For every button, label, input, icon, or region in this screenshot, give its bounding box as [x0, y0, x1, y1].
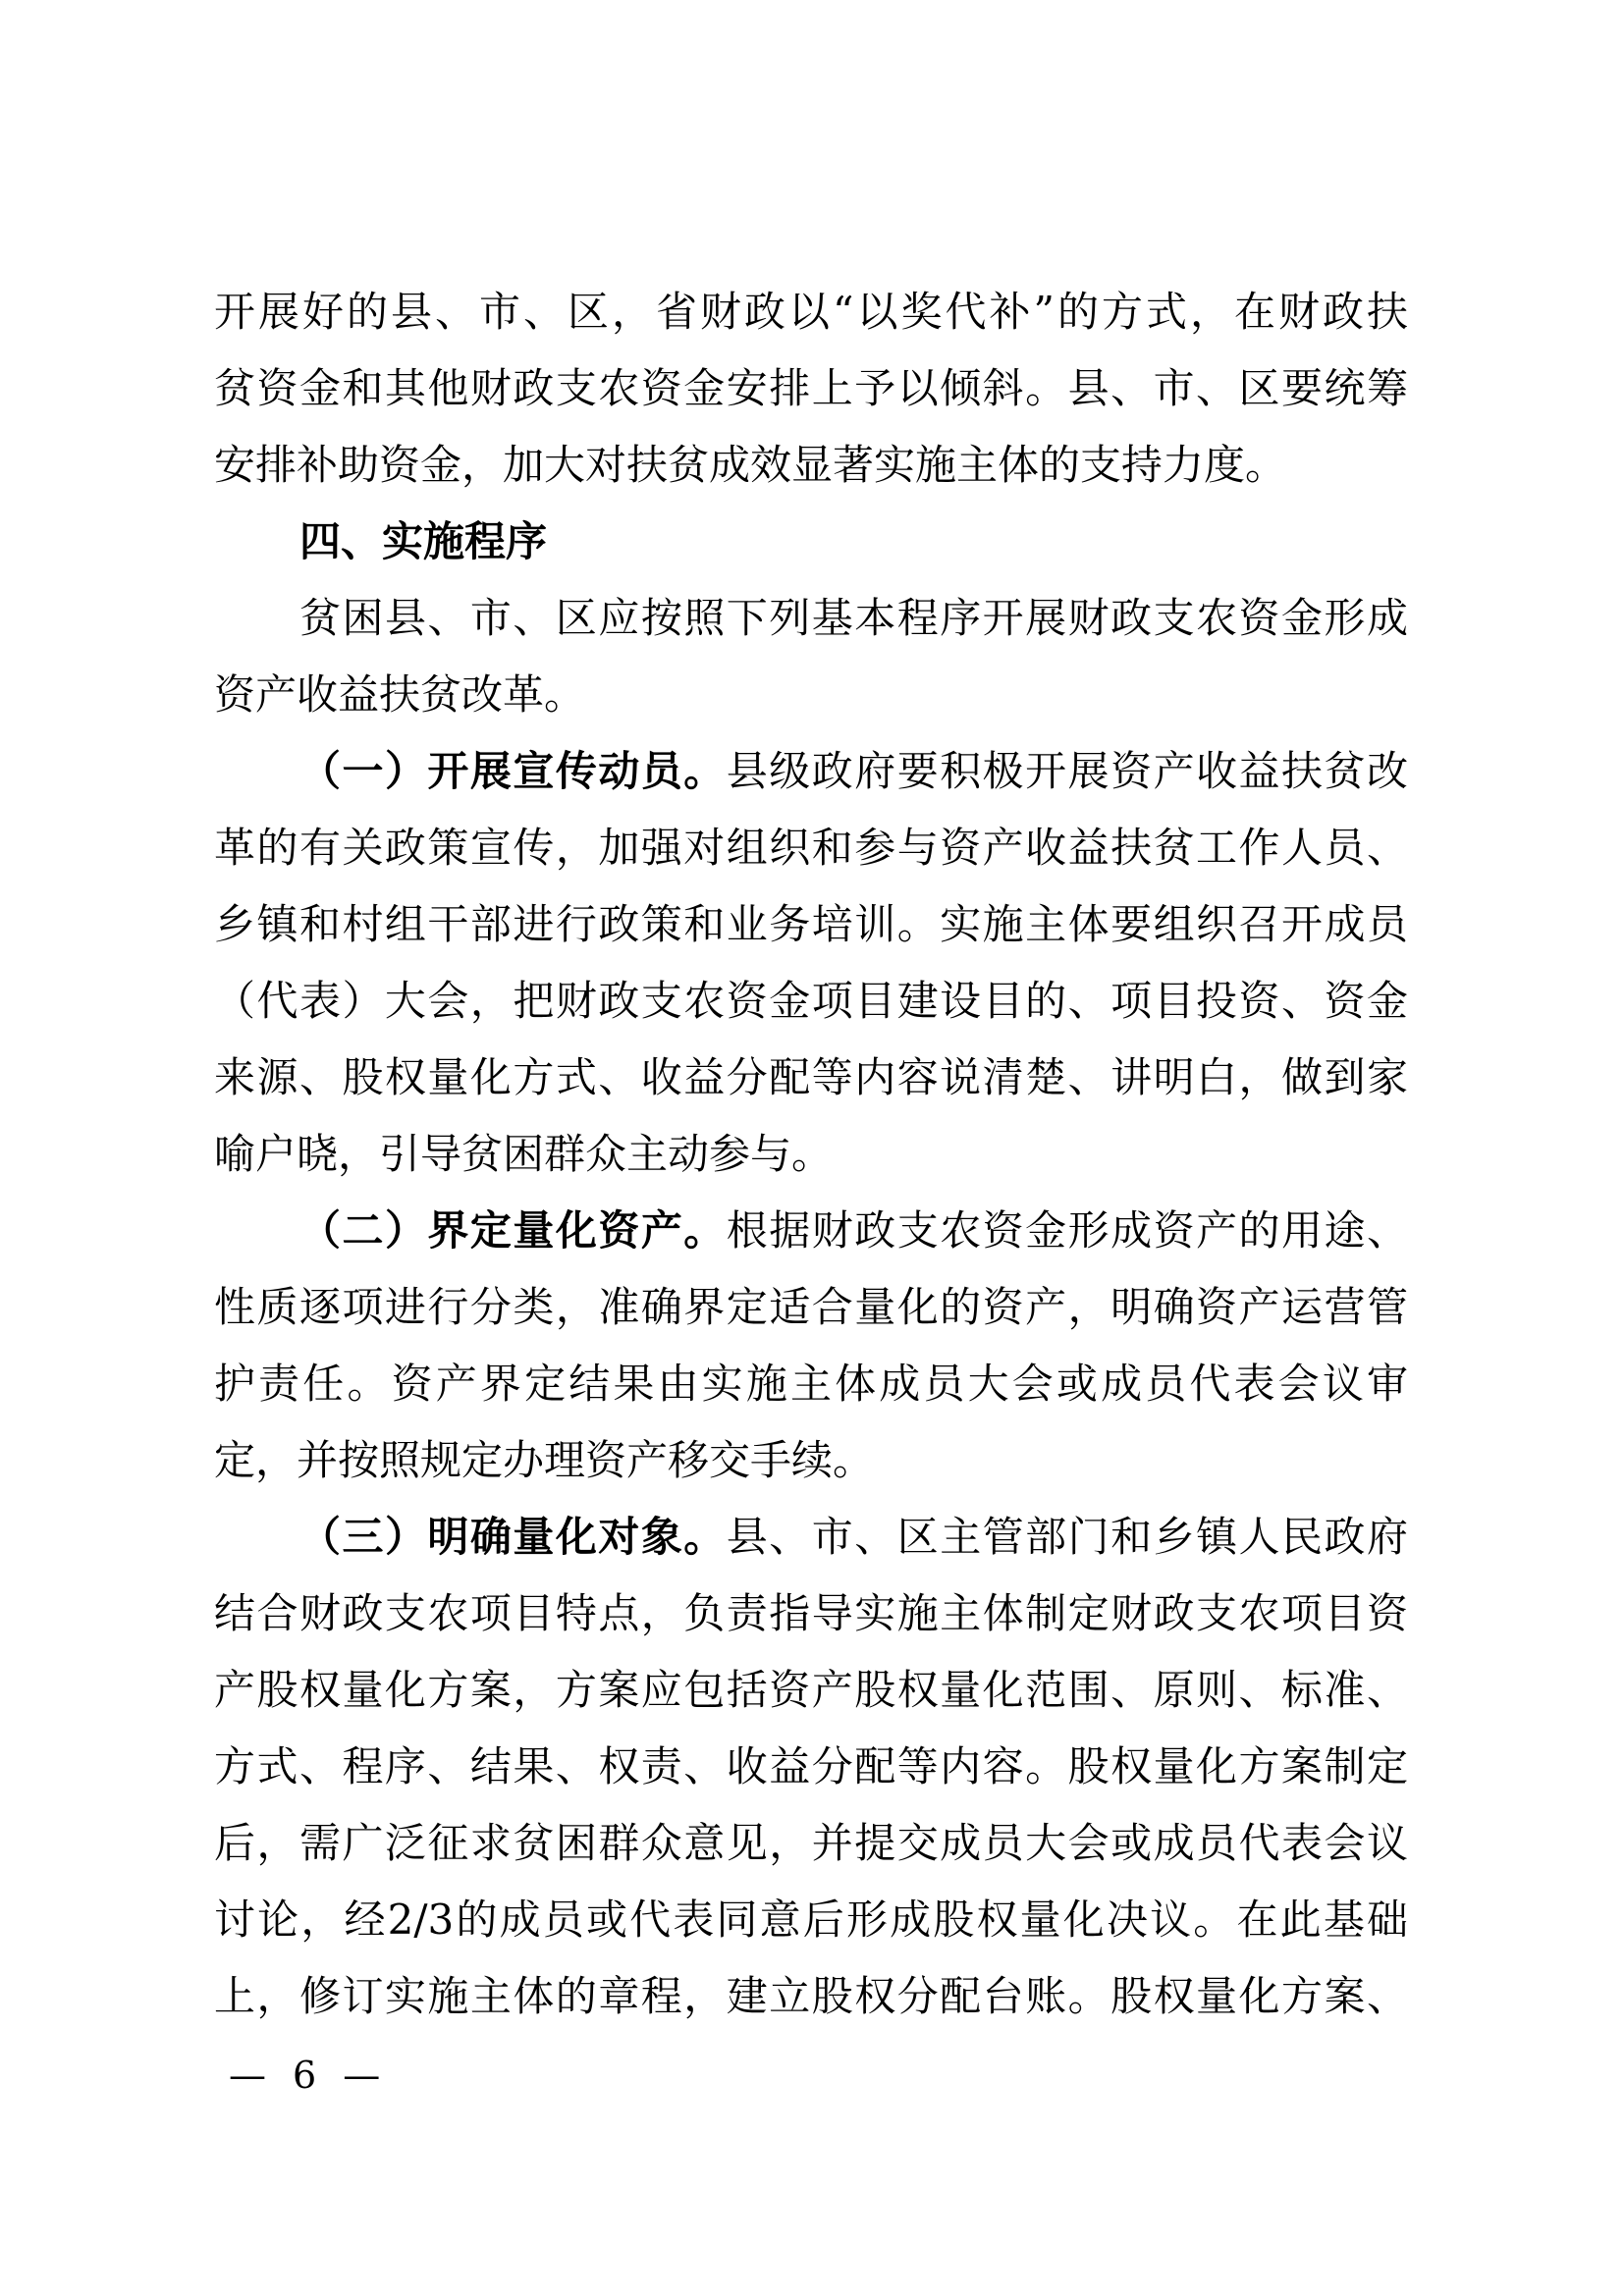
- item-1-first-line: （一）开展宣传动员。县级政府要积极开展资产收益扶贫改: [214, 733, 1408, 810]
- footer-left-dash: —: [229, 2048, 266, 2103]
- section-heading: 四、实施程序: [214, 504, 1408, 580]
- item-2-first-line: （二）界定量化资产。根据财政支农资金形成资产的用途、: [214, 1193, 1408, 1269]
- line-text: 结合财政支农项目特点，负责指导实施主体制定财政支农项目资: [214, 1589, 1408, 1637]
- body-line-8: 革的有关政策宣传，加强对组织和参与资产收益扶贫工作人员、: [214, 810, 1408, 886]
- line-text: 根据财政支农资金形成资产的用途、: [727, 1206, 1408, 1255]
- section-heading-text: 四、实施程序: [299, 517, 547, 565]
- body-line-18: 结合财政支农项目特点，负责指导实施主体制定财政支农项目资: [214, 1575, 1408, 1652]
- page-number: 6: [293, 2048, 316, 2103]
- line-text: 贫资金和其他财政支农资金安排上予以倾斜。县、市、区要统筹: [214, 364, 1408, 412]
- line-text: 上，修订实施主体的章程，建立股权分配台账。股权量化方案、: [214, 1972, 1408, 2020]
- body-line-20: 方式、程序、结果、权责、收益分配等内容。股权量化方案制定: [214, 1729, 1408, 1805]
- body-line-19: 产股权量化方案，方案应包括资产股权量化范围、原则、标准、: [214, 1652, 1408, 1729]
- line-text: 产股权量化方案，方案应包括资产股权量化范围、原则、标准、: [214, 1666, 1408, 1714]
- body-line-6: 资产收益扶贫改革。: [214, 657, 1408, 733]
- line-text: 贫困县、市、区应按照下列基本程序开展财政支农资金形成: [299, 594, 1408, 642]
- page-footer: —6—: [229, 2048, 380, 2103]
- body-line-10: （代表）大会，把财政支农资金项目建设目的、项目投资、资金: [214, 963, 1408, 1040]
- item-1-lead: （一）开展宣传动员。: [299, 747, 727, 795]
- body-line-11: 来源、股权量化方式、收益分配等内容说清楚、讲明白，做到家: [214, 1040, 1408, 1116]
- item-2-lead: （二）界定量化资产。: [299, 1206, 727, 1255]
- line-text: 讨论，经2/3的成员或代表同意后形成股权量化决议。在此基础: [214, 1896, 1408, 1944]
- item-3-lead: （三）明确量化对象。: [299, 1513, 727, 1561]
- line-text: 县、市、区主管部门和乡镇人民政府: [727, 1513, 1408, 1561]
- line-text: （代表）大会，把财政支农资金项目建设目的、项目投资、资金: [214, 977, 1408, 1025]
- line-text: 喻户晓，引导贫困群众主动参与。: [214, 1130, 833, 1178]
- line-text: 定，并按照规定办理资产移交手续。: [214, 1436, 874, 1484]
- body-line-3: 安排补助资金，加大对扶贫成效显著实施主体的支持力度。: [214, 427, 1408, 504]
- body-line-1: 开展好的县、市、区，省财政以“以奖代补”的方式，在财政扶: [214, 274, 1408, 350]
- body-line-22: 讨论，经2/3的成员或代表同意后形成股权量化决议。在此基础: [214, 1882, 1408, 1958]
- line-text: 护责任。资产界定结果由实施主体成员大会或成员代表会议审: [214, 1360, 1408, 1408]
- line-text: 乡镇和村组干部进行政策和业务培训。实施主体要组织召开成员: [214, 900, 1408, 948]
- body-line-9: 乡镇和村组干部进行政策和业务培训。实施主体要组织召开成员: [214, 886, 1408, 963]
- line-text: 县级政府要积极开展资产收益扶贫改: [727, 747, 1408, 795]
- body-line-12: 喻户晓，引导贫困群众主动参与。: [214, 1116, 1408, 1193]
- body-line-14: 性质逐项进行分类，准确界定适合量化的资产，明确资产运营管: [214, 1269, 1408, 1346]
- body-line-2: 贫资金和其他财政支农资金安排上予以倾斜。县、市、区要统筹: [214, 350, 1408, 427]
- document-page: 开展好的县、市、区，省财政以“以奖代补”的方式，在财政扶 贫资金和其他财政支农资…: [0, 0, 1624, 2296]
- item-3-first-line: （三）明确量化对象。县、市、区主管部门和乡镇人民政府: [214, 1499, 1408, 1575]
- line-text: 后，需广泛征求贫困群众意见，并提交成员大会或成员代表会议: [214, 1819, 1408, 1867]
- body-line-23: 上，修订实施主体的章程，建立股权分配台账。股权量化方案、: [214, 1958, 1408, 2035]
- line-text: 来源、股权量化方式、收益分配等内容说清楚、讲明白，做到家: [214, 1053, 1408, 1101]
- body-line-16: 定，并按照规定办理资产移交手续。: [214, 1422, 1408, 1499]
- document-body: 开展好的县、市、区，省财政以“以奖代补”的方式，在财政扶 贫资金和其他财政支农资…: [214, 274, 1408, 2035]
- line-text: 开展好的县、市、区，省财政以“以奖代补”的方式，在财政扶: [214, 288, 1408, 336]
- line-text: 革的有关政策宣传，加强对组织和参与资产收益扶贫工作人员、: [214, 824, 1408, 872]
- line-text: 性质逐项进行分类，准确界定适合量化的资产，明确资产运营管: [214, 1283, 1408, 1331]
- footer-right-dash: —: [343, 2048, 380, 2103]
- line-text: 资产收益扶贫改革。: [214, 670, 585, 719]
- line-text: 安排补助资金，加大对扶贫成效显著实施主体的支持力度。: [214, 441, 1286, 489]
- line-text: 方式、程序、结果、权责、收益分配等内容。股权量化方案制定: [214, 1742, 1408, 1790]
- body-line-5: 贫困县、市、区应按照下列基本程序开展财政支农资金形成: [214, 580, 1408, 657]
- body-line-15: 护责任。资产界定结果由实施主体成员大会或成员代表会议审: [214, 1346, 1408, 1422]
- body-line-21: 后，需广泛征求贫困群众意见，并提交成员大会或成员代表会议: [214, 1805, 1408, 1882]
